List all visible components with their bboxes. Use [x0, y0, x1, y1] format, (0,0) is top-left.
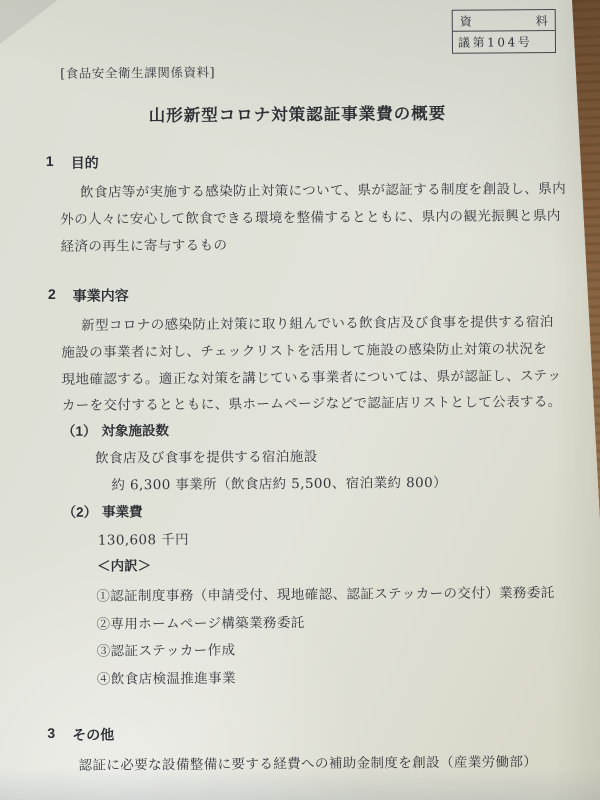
- breakdown-item: ②専用ホームページ構築業務委託: [96, 611, 304, 633]
- subsection-1-label: （1）: [62, 420, 97, 440]
- stamp-box: 資 料 議第104号: [452, 9, 556, 54]
- section-2-line: 施設の事業者に対し、チェックリストを活用して施設の感染防止対策の状況を: [61, 337, 547, 361]
- section-1-heading: 1 目的: [46, 153, 99, 173]
- subsection-1-title: 対象施設数: [101, 419, 169, 440]
- stamp-document-number: 議第104号: [453, 30, 555, 53]
- section-1-title: 目的: [71, 153, 99, 173]
- section-2-heading: 2 事業内容: [48, 285, 129, 306]
- section-1-number: 1: [46, 153, 54, 173]
- section-3-title: その他: [72, 724, 114, 744]
- subsection-2-label: （2）: [63, 501, 98, 521]
- stamp-shiryo-right: 料: [536, 12, 548, 29]
- section-2-line: カーを交付するとともに、県ホームページなどで認証店リストとして公表する。: [62, 390, 562, 414]
- section-1-line: 経済の再生に寄与するもの: [60, 234, 227, 255]
- breakdown-title: ＜内訳＞: [97, 554, 151, 574]
- subsection-2-heading: （2） 事業費: [63, 500, 143, 521]
- section-2-title: 事業内容: [73, 285, 129, 305]
- breakdown-item: ③認証ステッカー作成: [97, 639, 236, 660]
- subsection-2-title: 事業費: [102, 500, 143, 520]
- breakdown-item: ①認証制度事務（申請受付、現地確認、認証ステッカーの交付）業務委託: [96, 581, 555, 605]
- stamp-row-shiryo: 資 料: [453, 10, 555, 31]
- subsection-1-heading: （1） 対象施設数: [62, 419, 169, 440]
- section-1-line: 飲食店等が実施する感染防止対策について、県が認証する制度を創設し、県内: [80, 177, 566, 201]
- paper-page: 資 料 議第104号 [食品安全衛生課関係資料] 山形新型コロナ対策認証事業費の…: [0, 0, 600, 800]
- section-2-line: 現地確認する。適正な対策を講じている事業者については、県が認証し、ステッ: [61, 364, 561, 388]
- stamp-shiryo-left: 資: [460, 13, 472, 30]
- section-1-line: 外の人々に安心して飲食できる環境を整備するとともに、県内の観光振興と県内: [60, 204, 561, 228]
- section-2-line: 新型コロナの感染防止対策に取り組んでいる飲食店及び食事を提供する宿泊: [81, 310, 554, 334]
- section-3-heading: 3 その他: [47, 724, 114, 745]
- section-2-number: 2: [48, 286, 56, 306]
- section-3-number: 3: [47, 725, 55, 745]
- breakdown-item: ④飲食店検温推進事業: [97, 667, 236, 688]
- budget-amount: 130,608 千円: [98, 528, 189, 549]
- section-3-line: 認証に必要な設備整備に要する経費への補助金制度を創設（産業労働部）: [79, 750, 538, 774]
- document-title: 山形新型コロナ対策認証事業費の概要: [0, 99, 598, 128]
- facility-count-line: 約 6,300 事業所（飲食店約 5,500、宿泊業約 800）: [111, 471, 447, 494]
- target-facilities-line: 飲食店及び食事を提供する宿泊施設: [95, 445, 318, 467]
- document-photo: 資 料 議第104号 [食品安全衛生課関係資料] 山形新型コロナ対策認証事業費の…: [0, 0, 600, 800]
- department-note: [食品安全衛生課関係資料]: [60, 63, 215, 82]
